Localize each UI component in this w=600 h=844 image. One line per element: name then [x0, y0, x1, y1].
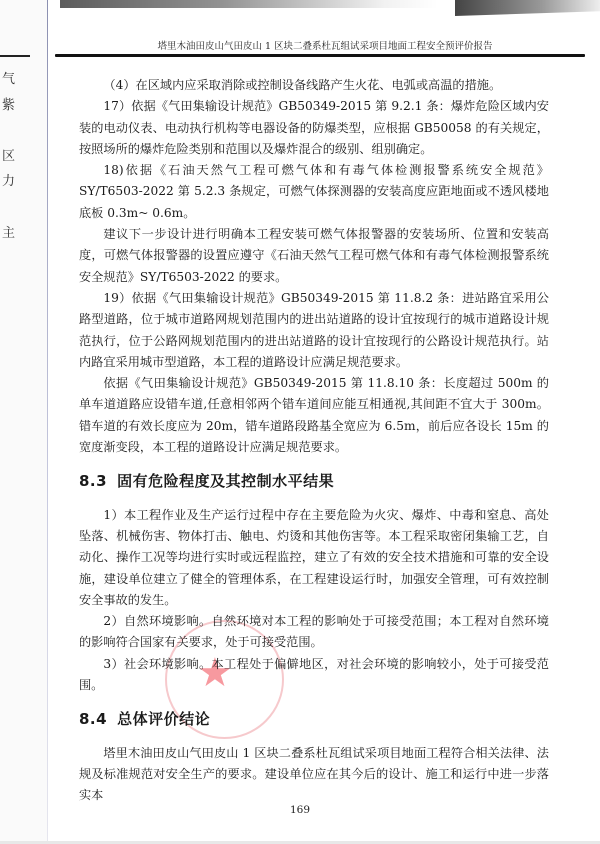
adjacent-page-fragment: 气	[2, 68, 15, 87]
paragraph: （4）在区域内应采取消除或控制设备线路产生火花、电弧或高温的措施。	[79, 75, 549, 96]
paragraph: 17）依据《气田集输设计规范》GB50349-2015 第 9.2.1 条：爆炸…	[79, 96, 549, 160]
section-heading-8-3: 8.3固有危险程度及其控制水平结果	[79, 471, 549, 492]
paragraph: 建议下一步设计进行明确本工程安装可燃气体报警器的安装场所、位置和安装高度，可燃气…	[79, 224, 549, 288]
section-title: 固有危险程度及其控制水平结果	[117, 472, 334, 490]
paragraph: 依据《气田集输设计规范》GB50349-2015 第 11.8.10 条：长度超…	[79, 373, 549, 458]
adjacent-page-fragment: 区	[2, 145, 15, 164]
adjacent-page-edge: 气 紫 区 力 主	[0, 0, 47, 844]
page-spine	[47, 0, 48, 844]
running-header: 塔里木油田皮山气田皮山 1 区块二叠系杜瓦组试采项目地面工程安全预评价报告	[95, 38, 555, 52]
paragraph: 3）社会环境影响。本工程处于偏僻地区，对社会环境的影响较小，处于可接受范围。	[79, 654, 549, 697]
scan-shadow-corner	[455, 0, 600, 16]
section-title: 总体评价结论	[117, 710, 210, 728]
paragraph: 塔里木油田皮山气田皮山 1 区块二叠系杜瓦组试采项目地面工程符合相关法律、法规及…	[79, 743, 549, 807]
paragraph: 18)依据《石油天然气工程可燃气体和有毒气体检测报警系统安全规范》SY/T650…	[79, 160, 549, 224]
section-number: 8.4	[79, 710, 107, 728]
page-number: 169	[0, 804, 600, 816]
header-rule	[55, 54, 585, 57]
document-body: （4）在区域内应采取消除或控制设备线路产生火花、电弧或高温的措施。 17）依据《…	[79, 75, 549, 807]
adjacent-page-fragment: 紫	[2, 94, 15, 113]
document-page: 塔里木油田皮山气田皮山 1 区块二叠系杜瓦组试采项目地面工程安全预评价报告	[55, 38, 600, 57]
section-heading-8-4: 8.4总体评价结论	[79, 709, 549, 730]
section-number: 8.3	[79, 472, 107, 490]
paragraph: 2）自然环境影响。自然环境对本工程的影响处于可接受范围；本工程对自然环境的影响符…	[79, 611, 549, 654]
paragraph: 19）依据《气田集输设计规范》GB50349-2015 第 11.8.2 条：进…	[79, 288, 549, 373]
paragraph: 1）本工程作业及生产运行过程中存在主要危险为火灾、爆炸、中毒和窒息、高处坠落、机…	[79, 505, 549, 611]
adjacent-page-header-rule	[0, 55, 30, 57]
adjacent-page-fragment: 主	[2, 222, 15, 241]
adjacent-page-fragment: 力	[2, 170, 15, 189]
